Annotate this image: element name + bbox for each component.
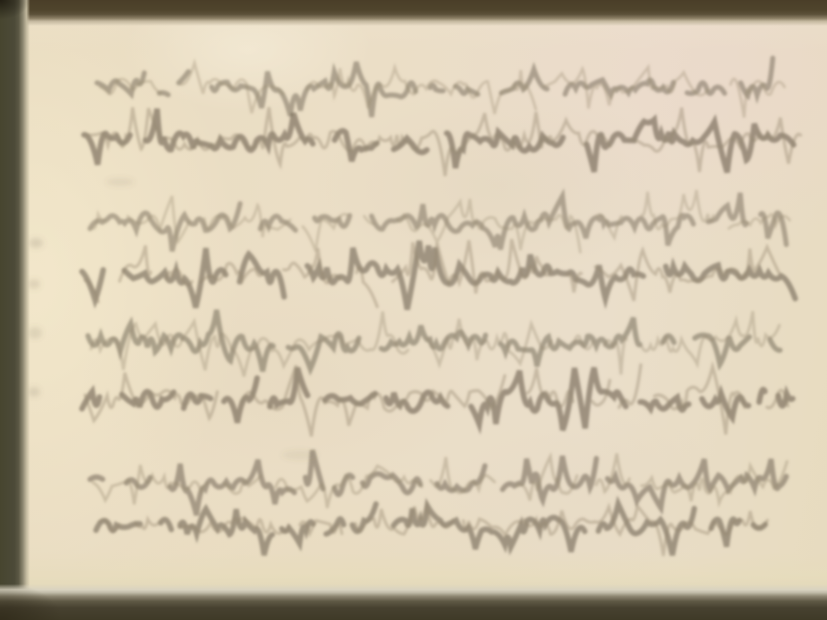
mount-corner-top-left bbox=[0, 0, 48, 34]
ink-smudge bbox=[282, 450, 318, 460]
manuscript-photo bbox=[0, 0, 827, 620]
handwriting-line bbox=[88, 310, 780, 372]
ink-smudge bbox=[28, 327, 42, 339]
handwriting-line bbox=[97, 58, 773, 117]
mount-corner-bottom-left bbox=[0, 560, 90, 620]
ink-smudge bbox=[29, 238, 43, 248]
handwriting-lines bbox=[82, 58, 801, 556]
handwriting-ink-layer bbox=[0, 0, 827, 620]
mount-top-edge bbox=[0, 0, 827, 26]
mount-left-edge bbox=[0, 0, 30, 620]
ink-smudge bbox=[106, 178, 134, 186]
mount-bottom-edge bbox=[0, 584, 827, 620]
